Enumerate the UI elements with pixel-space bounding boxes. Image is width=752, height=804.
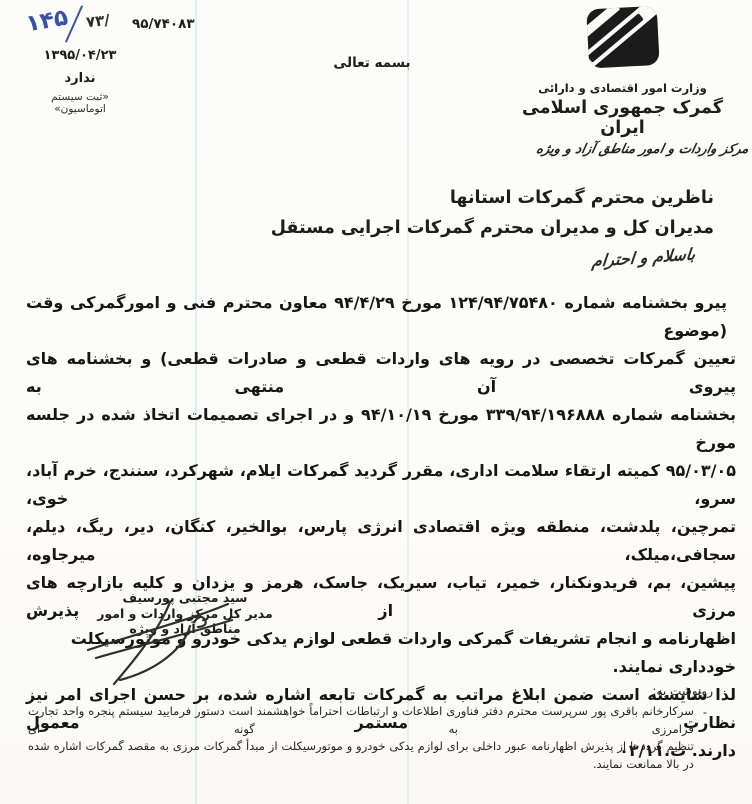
signature-block: سید مجتبی پورسیف مدیر کل مرکز واردات و ا…: [78, 590, 292, 636]
customs-logo-icon: [582, 5, 664, 75]
cc-dash-bullet: -: [703, 703, 707, 773]
center-name-calligraphy: مرکز واردات و امور مناطق آزاد و ویژه: [498, 142, 752, 157]
text-line: تمرچین، پلدشت، منطقه ویژه اقتصادی انرژی …: [26, 513, 736, 569]
text-line: تنظیم گردد تا از پذیرش اظهارنامه عبور دا…: [28, 738, 694, 773]
registration-meta: ۱۳۹۵/۰۴/۲۳ ندارد «ثبت سیستم اتوماسیون»: [24, 48, 136, 115]
letter-body: پیرو بخشنامه شماره ۱۲۴/۹۴/۷۵۴۸۰ مورخ ۹۴/…: [26, 289, 736, 765]
recipient-line-1: ناظرین محترم گمرکات استانها: [271, 183, 714, 213]
cc-text: سرکارخانم باقری پور سرپرست محترم دفتر فن…: [28, 703, 694, 773]
organization-name: گمرک جمهوری اسلامی ایران: [500, 98, 745, 138]
recipient-line-2: مدیران کل و مدیران محترم گمرکات اجرایی م…: [271, 213, 714, 243]
text-line: سرکارخانم باقری پور سرپرست محترم دفتر فن…: [28, 703, 694, 738]
signer-name: سید مجتبی پورسیف: [78, 590, 292, 605]
cc-label: رونوشت به:: [652, 684, 713, 698]
letterhead: وزارت امور اقتصادی و دارائی گمرک جمهوری …: [500, 5, 745, 157]
handwritten-folio-secondary: ۷۳/: [85, 11, 111, 31]
handwritten-folio-number: ۱۴۵: [24, 5, 70, 38]
enclosure-value: ندارد: [24, 71, 136, 86]
ministry-name: وزارت امور اقتصادی و دارائی: [500, 81, 745, 95]
letter-date: ۱۳۹۵/۰۴/۲۳: [24, 48, 136, 63]
handwritten-greeting: باسلام و احترام: [591, 244, 696, 270]
text-line: ۹۵/۰۳/۰۵ کمیته ارتقاء سلامت اداری، مقرر …: [26, 457, 736, 513]
recipients-block: ناظرین محترم گمرکات استانها مدیران کل و …: [271, 183, 714, 243]
text-line: پیرو بخشنامه شماره ۱۲۴/۹۴/۷۵۴۸۰ مورخ ۹۴/…: [26, 289, 736, 345]
text-line: تعیین گمرکات تخصصی در رویه های واردات قط…: [26, 345, 736, 401]
text-line: بخشنامه شماره ۳۳۹/۹۴/۱۹۶۸۸۸ مورخ ۹۴/۱۰/۱…: [26, 401, 736, 457]
letter-ref-number: ۹۵/۷۴۰۸۳: [132, 16, 195, 32]
signer-title: مدیر کل مرکز واردات و امور مناطق آزاد و …: [78, 606, 292, 636]
scanned-letter: ۱۴۵ ۷۳/ ۹۵/۷۴۰۸۳ ۱۳۹۵/۰۴/۲۳ ندارد «ثبت س…: [0, 0, 752, 804]
cc-item: - سرکارخانم باقری پور سرپرست محترم دفتر …: [28, 703, 707, 773]
automation-note: «ثبت سیستم اتوماسیون»: [24, 91, 136, 115]
besmele-text: بسمه تعالی: [322, 55, 422, 71]
